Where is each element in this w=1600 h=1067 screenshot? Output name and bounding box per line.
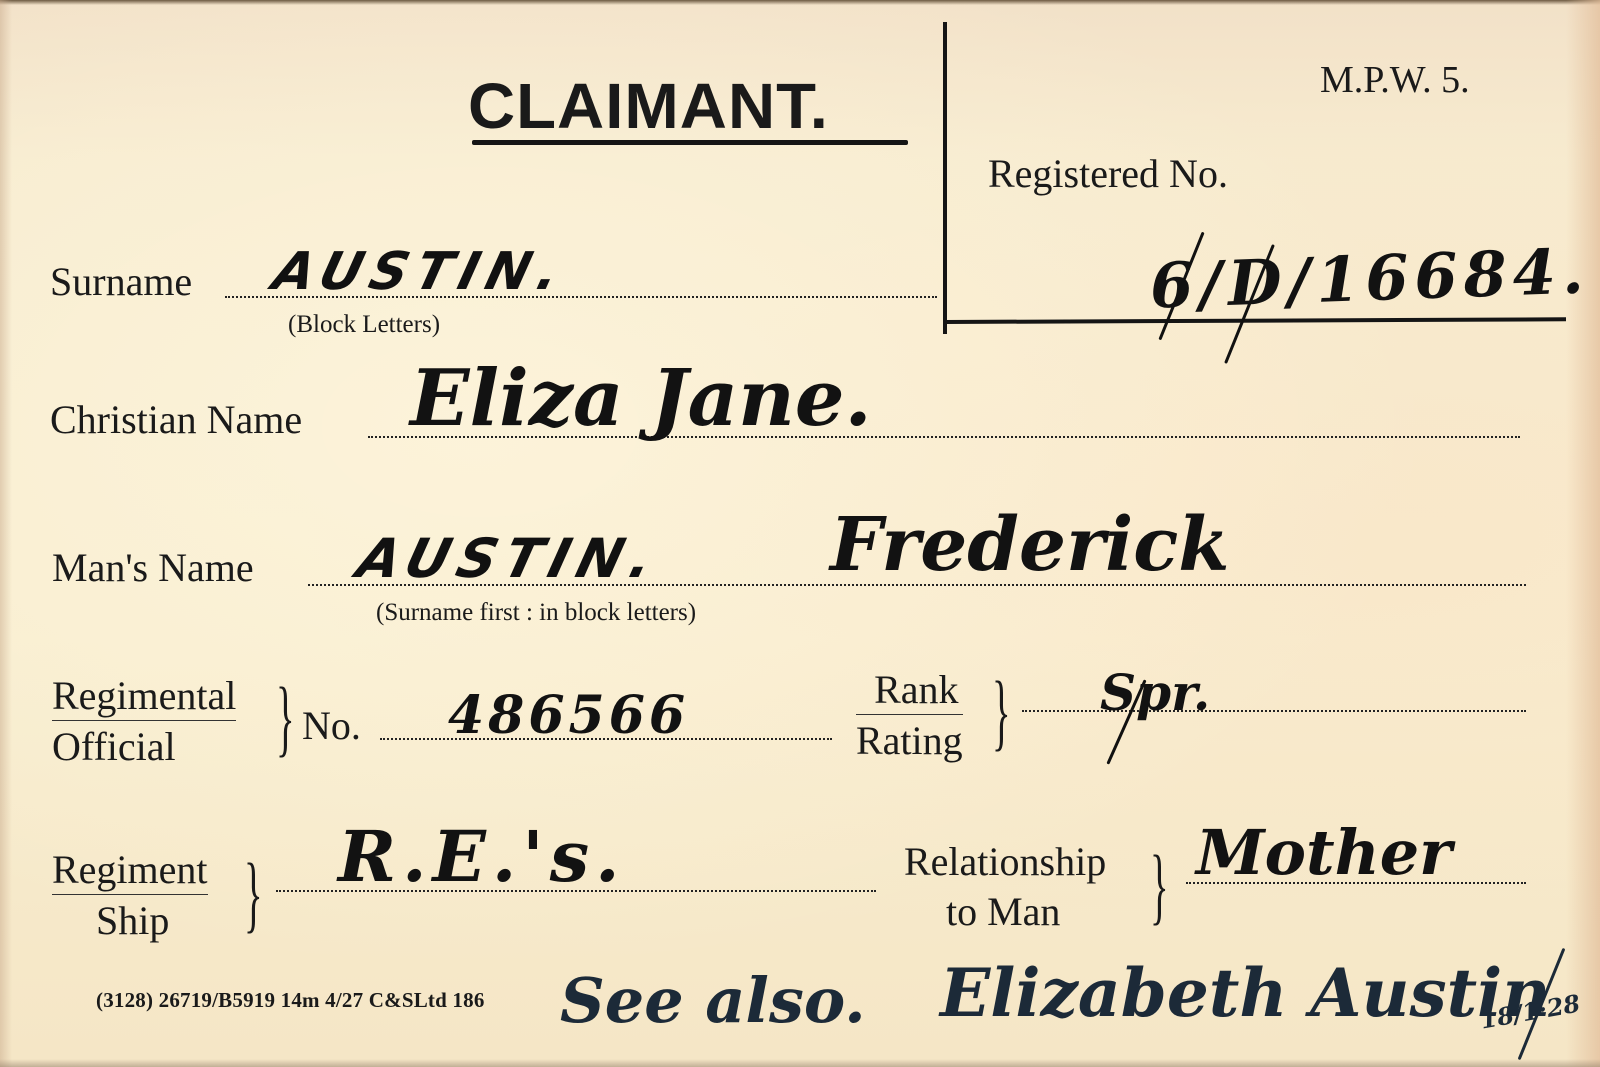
relationship-label-top: Relationship (904, 840, 1106, 886)
number-label-group: Regimental Official (52, 674, 236, 769)
card-title: CLAIMANT. (468, 74, 829, 138)
card-top-edge (0, 0, 1600, 5)
regiment-brace-icon: } (244, 850, 263, 936)
registered-no-label: Registered No. (988, 150, 1228, 197)
mans-name-forename-value: Frederick (830, 508, 1230, 582)
christian-name-value: Eliza Jane. (410, 360, 872, 438)
relationship-label-group: Relationship to Man (904, 840, 1106, 934)
regiment-label-ship: Ship (52, 895, 169, 943)
rank-line (1022, 710, 1526, 712)
regiment-value: R.E.'s. (338, 822, 625, 892)
mans-name-label: Man's Name (52, 548, 254, 588)
registered-box-left-border (943, 22, 947, 334)
card-left-edge (0, 0, 12, 1067)
rank-value: Spr. (1100, 668, 1210, 718)
number-label-official: Official (52, 721, 176, 769)
rank-label-group: Rank Rating (856, 668, 963, 763)
rank-label-rank: Rank (856, 668, 962, 715)
surname-label: Surname (50, 262, 192, 302)
regiment-label-group: Regiment Ship (52, 848, 208, 943)
number-brace-icon: } (276, 674, 295, 760)
pension-index-card: CLAIMANT. M.P.W. 5. Registered No. 6/D/1… (0, 0, 1600, 1067)
registered-no-value: 6/D/16684. (1149, 240, 1590, 317)
rank-brace-icon: } (992, 668, 1011, 754)
surname-value: AUSTIN. (268, 246, 573, 298)
relationship-label-bottom: to Man (904, 886, 1060, 934)
surname-hint: (Block Letters) (288, 312, 440, 337)
christian-name-label: Christian Name (50, 400, 302, 440)
title-underline (472, 140, 908, 145)
relationship-value: Mother (1196, 822, 1452, 884)
number-label-no: No. (302, 706, 361, 746)
rank-label-rating: Rating (856, 715, 963, 763)
printer-imprint: (3128) 26719/B5919 14m 4/27 C&SLtd 186 (96, 988, 485, 1013)
see-also-name: Elizabeth Austin (940, 960, 1550, 1026)
card-right-edge (1566, 0, 1600, 1067)
relationship-brace-icon: } (1150, 842, 1169, 928)
number-value: 486566 (448, 690, 689, 742)
see-also-note: See also. (560, 970, 866, 1032)
number-label-regimental: Regimental (52, 674, 236, 721)
card-bottom-edge (0, 1059, 1600, 1067)
form-code: M.P.W. 5. (1320, 58, 1470, 102)
mans-name-surname-value: AUSTIN. (352, 532, 666, 586)
regiment-label-regiment: Regiment (52, 848, 208, 895)
mans-name-hint: (Surname first : in block letters) (376, 600, 696, 625)
